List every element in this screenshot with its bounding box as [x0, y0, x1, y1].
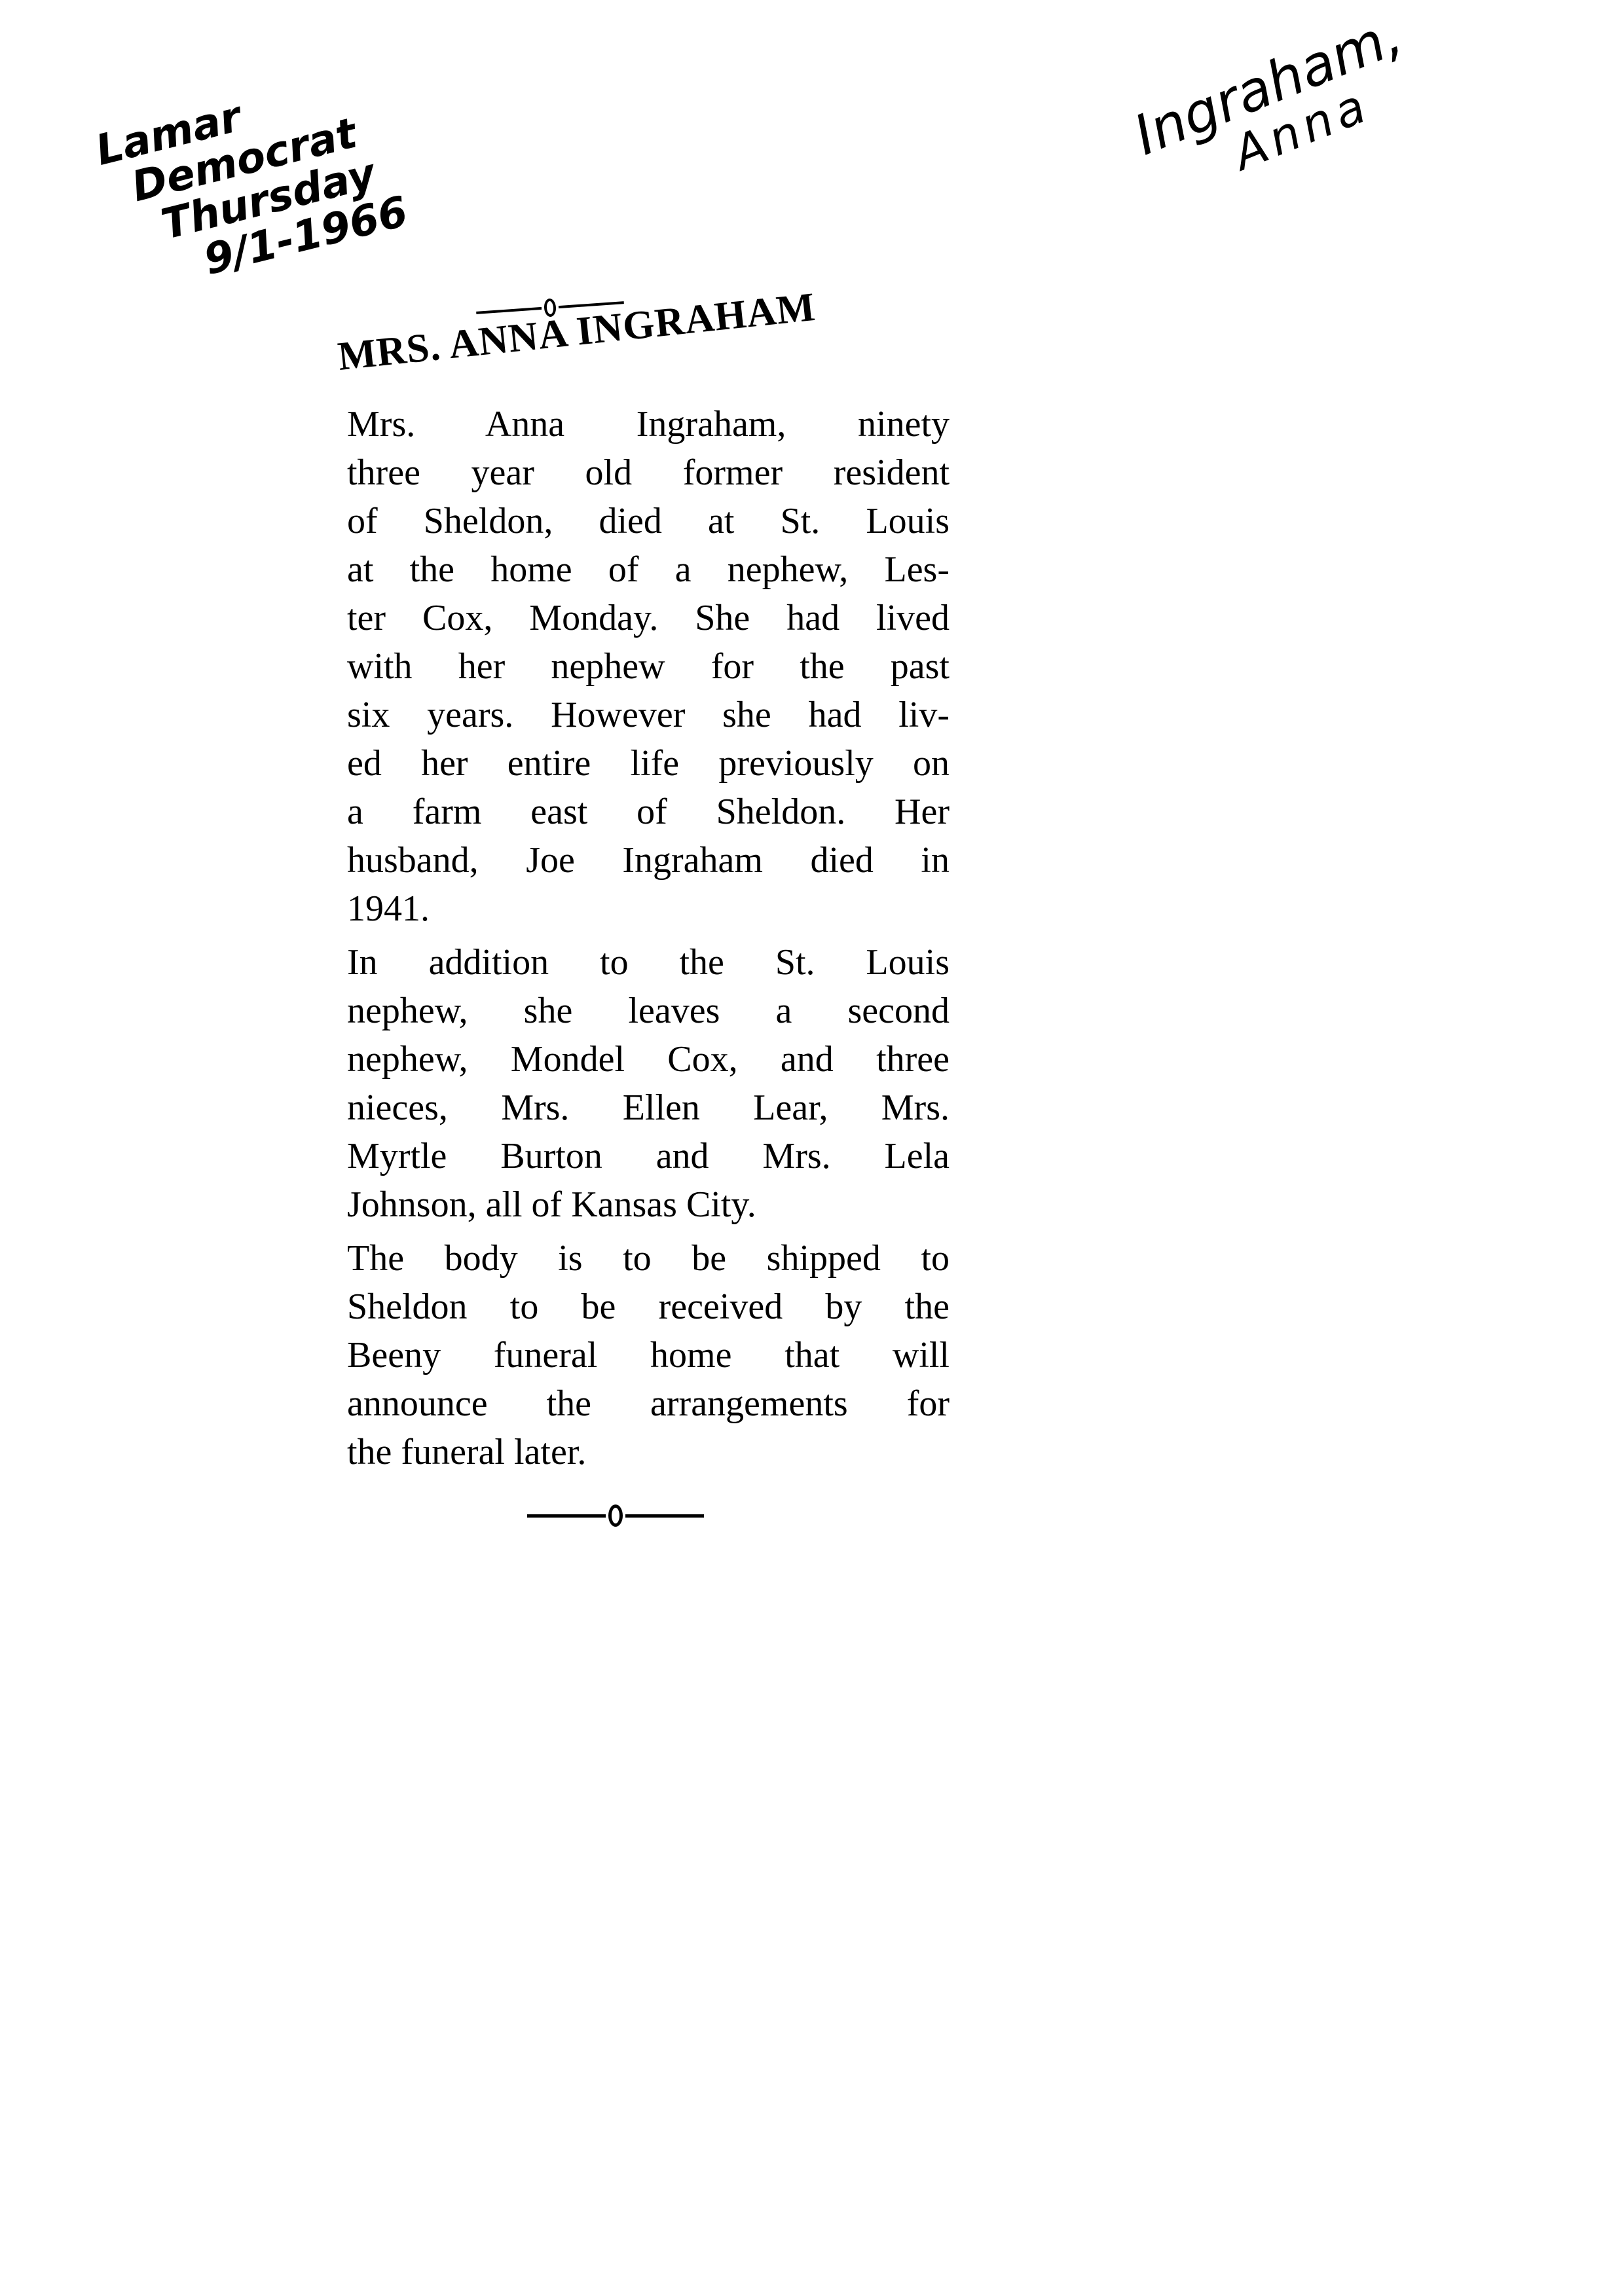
text-line: announce the arrangements for: [321, 1379, 950, 1428]
paragraph-3: The body is to be shipped to Sheldon to …: [321, 1234, 950, 1476]
text-line: six years. However she had liv-: [321, 691, 950, 739]
separator-rule-left: [527, 1514, 606, 1518]
text-line: Beeny funeral home that will: [321, 1331, 950, 1379]
text-line: In addition to the St. Louis: [321, 938, 950, 987]
separator-rule-right: [625, 1514, 704, 1518]
text-line: Myrtle Burton and Mrs. Lela: [321, 1132, 950, 1180]
text-line: nephew, she leaves a second: [321, 987, 950, 1035]
newspaper-clipping: MRS. ANNA INGRAHAM Mrs. Anna Ingraham, n…: [321, 295, 950, 1529]
text-line: 1941.: [321, 884, 950, 933]
text-line: of Sheldon, died at St. Louis: [321, 497, 950, 545]
text-line: three year old former resident: [321, 448, 950, 497]
text-line: Johnson, all of Kansas City.: [321, 1180, 950, 1229]
text-line: husband, Joe Ingraham died in: [321, 836, 950, 884]
text-line: Sheldon to be received by the: [321, 1283, 950, 1331]
obituary-headline: MRS. ANNA INGRAHAM: [336, 270, 946, 380]
separator-circle-icon: [608, 1504, 623, 1527]
text-line: The body is to be shipped to: [321, 1234, 950, 1283]
text-line: with her nephew for the past: [321, 642, 950, 691]
text-line: nieces, Mrs. Ellen Lear, Mrs.: [321, 1084, 950, 1132]
obituary-body: Mrs. Anna Ingraham, ninety three year ol…: [321, 400, 950, 1476]
paragraph-1: Mrs. Anna Ingraham, ninety three year ol…: [321, 400, 950, 933]
bottom-separator-ornament: [517, 1503, 714, 1529]
text-line: nephew, Mondel Cox, and three: [321, 1035, 950, 1084]
handwritten-source-note: Lamar Democrat Thursday 9/1-1966: [92, 62, 412, 302]
text-line: at the home of a nephew, Les-: [321, 545, 950, 594]
text-line: the funeral later.: [321, 1428, 950, 1476]
text-line: Mrs. Anna Ingraham, ninety: [321, 400, 950, 448]
handwritten-name-note: Ingraham, Anna: [1126, 6, 1428, 211]
text-line: ter Cox, Monday. She had lived: [321, 594, 950, 642]
paragraph-2: In addition to the St. Louis nephew, she…: [321, 938, 950, 1229]
text-line: a farm east of Sheldon. Her: [321, 788, 950, 836]
text-line: ed her entire life previously on: [321, 739, 950, 788]
